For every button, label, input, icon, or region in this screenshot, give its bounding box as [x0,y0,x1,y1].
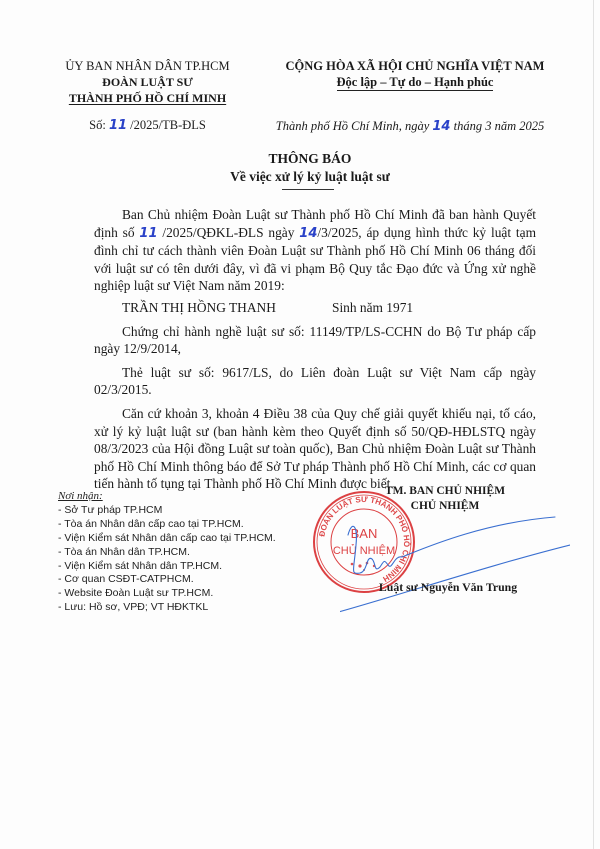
lawyer-birth-year: Sinh năm 1971 [332,299,413,317]
paragraph-decision: Ban Chủ nhiệm Đoàn Luật sư Thành phố Hồ … [94,206,536,295]
paragraph-card: Thẻ luật sư số: 9617/LS, do Liên đoàn Lu… [94,364,536,399]
motto: Độc lập – Tự do – Hạnh phúc [255,74,575,90]
recipient-item: - Cơ quan CSĐT-CATPHCM. [58,573,288,587]
handwritten-number: 11 [109,118,127,133]
page-edge [593,0,594,849]
title-subtitle: Về việc xử lý kỷ luật luật sư [180,168,440,186]
recipients-heading: Nơi nhận: [58,490,288,504]
recipient-item: - Viện Kiểm sát Nhân dân TP.HCM. [58,560,288,574]
recipient-item: - Lưu: Hồ sơ, VPĐ; VT HĐKTKL [58,601,288,615]
recipient-item: - Website Đoàn Luật sư TP.HCM. [58,587,288,601]
lawyer-info-row: TRẦN THỊ HỒNG THANH Sinh năm 1971 [94,299,536,317]
lawyer-name: TRẦN THỊ HỒNG THANH [122,299,332,317]
recipient-item: - Tòa án Nhân dân TP.HCM. [58,546,288,560]
signer-name: Luật sư Nguyễn Văn Trung [358,580,538,595]
recipient-item: - Viện Kiểm sát Nhân dân cấp cao tại TP.… [58,532,288,546]
nation-name: CỘNG HÒA XÃ HỘI CHỦ NGHĨA VIỆT NAM [255,58,575,74]
issuing-agency-header: ỦY BAN NHÂN DÂN TP.HCM ĐOÀN LUẬT SƯ THÀN… [40,58,255,106]
agency-line-2: ĐOÀN LUẬT SƯ [40,74,255,90]
document-number: Số: 11 /2025/TB-ĐLS [40,118,255,133]
handwritten-day: 14 [432,119,450,134]
document-date: Thành phố Hồ Chí Minh, ngày 14 tháng 3 n… [250,119,570,134]
handwritten-decision-day: 14 [299,226,317,241]
national-motto-header: CỘNG HÒA XÃ HỘI CHỦ NGHĨA VIỆT NAM Độc l… [255,58,575,90]
handwritten-signature-icon [340,515,570,615]
title-divider [282,189,334,190]
agency-line-1: ỦY BAN NHÂN DÂN TP.HCM [40,58,255,74]
document-body: Ban Chủ nhiệm Đoàn Luật sư Thành phố Hồ … [94,206,536,499]
recipients-list: Nơi nhận: - Sở Tư pháp TP.HCM - Tòa án N… [58,490,288,615]
paragraph-certificate: Chứng chỉ hành nghề luật sư số: 11149/TP… [94,323,536,358]
handwritten-decision-number: 11 [139,226,157,241]
agency-line-3: THÀNH PHỐ HỒ CHÍ MINH [40,90,255,106]
recipient-item: - Sở Tư pháp TP.HCM [58,504,288,518]
document-title: THÔNG BÁO Về việc xử lý kỷ luật luật sư [180,150,440,186]
recipient-item: - Tòa án Nhân dân cấp cao tại TP.HCM. [58,518,288,532]
paragraph-legal-basis: Căn cứ khoản 3, khoản 4 Điều 38 của Quy … [94,405,536,493]
title-main: THÔNG BÁO [180,150,440,168]
